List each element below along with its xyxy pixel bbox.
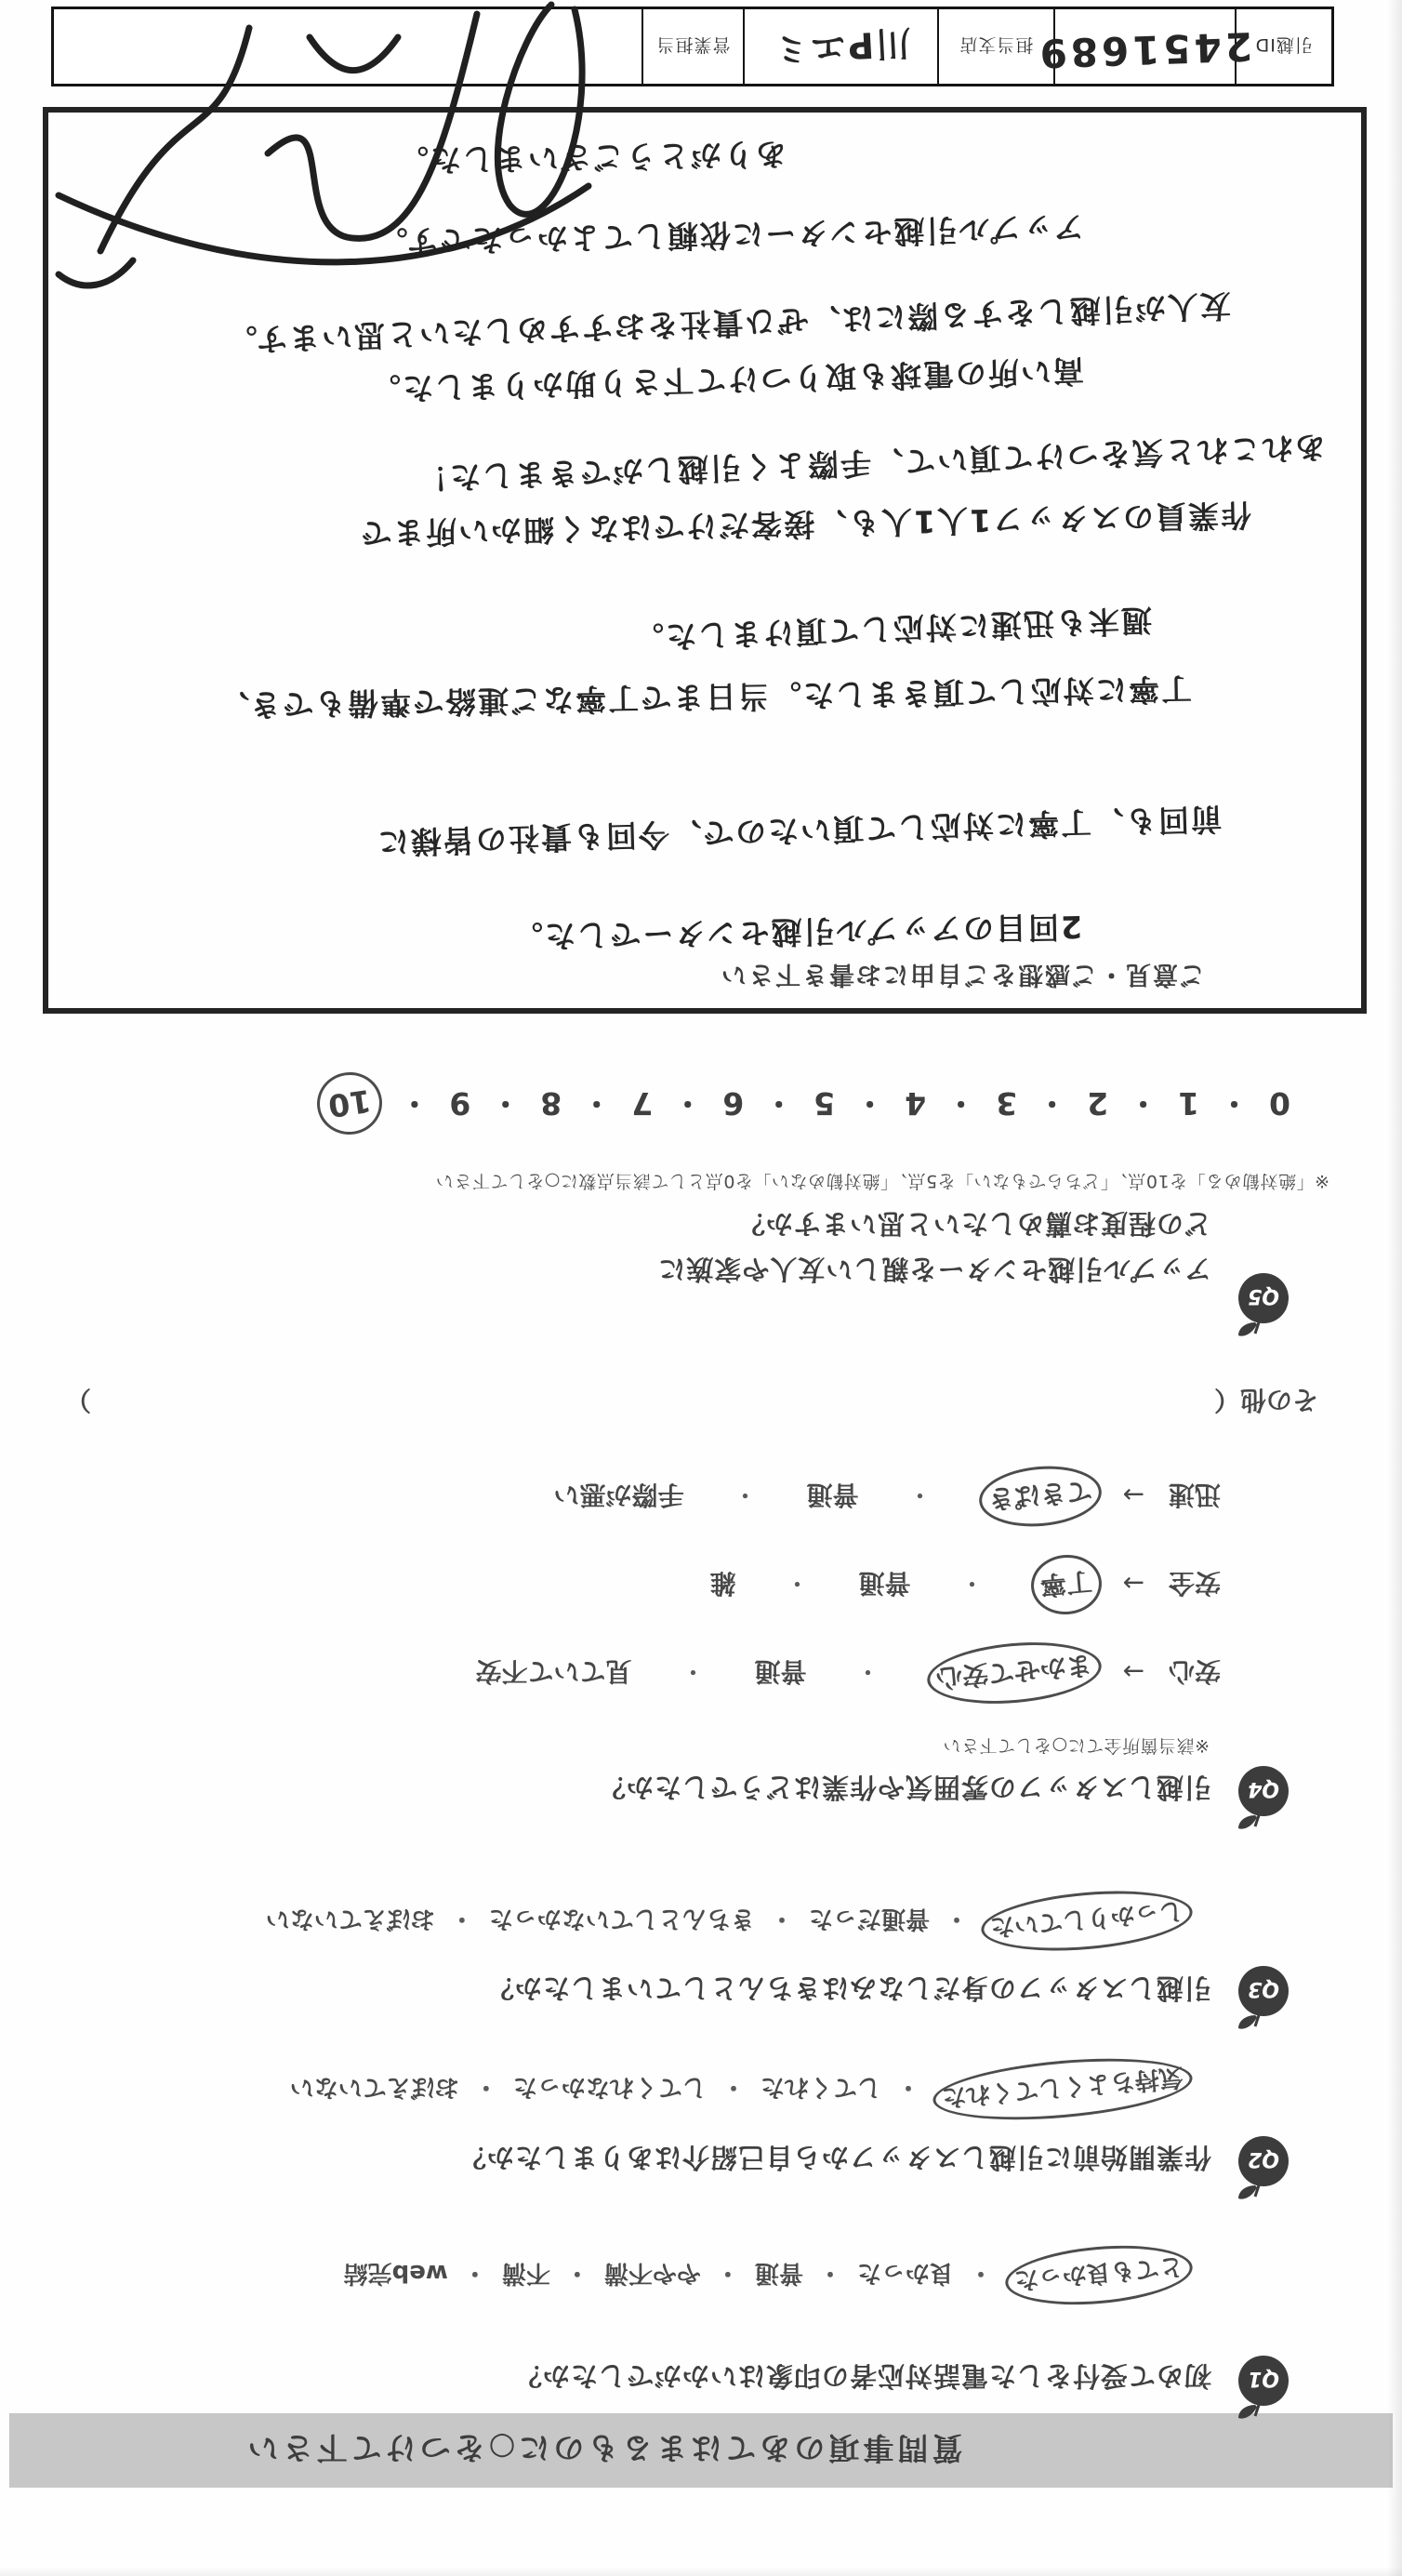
score-separator: ・ xyxy=(399,1085,430,1122)
q1-option: やや不満 xyxy=(604,2259,701,2287)
q4-row-option: まかせて安心 xyxy=(934,1650,1092,1694)
score-separator: ・ xyxy=(490,1085,521,1122)
option-separator: ・ xyxy=(945,1905,969,1932)
q4-row-option: 見ていて不安 xyxy=(475,1656,631,1687)
q4-question: 引越しスタッフの雰囲気や作業はどうでしたか？ xyxy=(598,1770,1211,1808)
q5-score-scale: 0・1・2・3・4・5・6・7・8・9・10 xyxy=(320,1081,1290,1127)
q4-row-option: 雑 xyxy=(709,1568,735,1599)
option-separator: ・ xyxy=(680,1656,706,1687)
q3-badge: Q3 xyxy=(1248,1977,1279,2000)
scan-edge-shadow xyxy=(0,2567,1402,2576)
moving-id-label: 引越ID xyxy=(1255,34,1313,60)
score-8: 8 xyxy=(540,1085,562,1122)
score-separator: ・ xyxy=(1219,1085,1250,1122)
q4-other-close: ） xyxy=(65,1383,91,1420)
handwritten-line: 高い所の電球も取りつけて下さり助かりました。 xyxy=(368,351,1085,413)
option-separator: ・ xyxy=(463,2259,487,2287)
branch-label: 担当支店 xyxy=(959,34,1033,60)
moving-id-handwritten-value: 2451689 xyxy=(1036,24,1253,77)
arrow-glyph: → xyxy=(1123,1480,1144,1510)
score-separator: ・ xyxy=(1037,1085,1067,1122)
q1-badge: Q1 xyxy=(1248,2367,1279,2390)
score-10: 10 xyxy=(326,1082,374,1124)
q1-option: とても良かった xyxy=(1013,2251,1184,2294)
q1-option: 不満 xyxy=(502,2259,550,2287)
option-separator: ・ xyxy=(474,2073,498,2101)
option-separator: ・ xyxy=(565,2259,589,2287)
instruction-banner-text: 質問事項のあてはまるものに○をつけて下さい xyxy=(245,2429,963,2473)
option-separator: ・ xyxy=(906,1480,932,1510)
option-separator: ・ xyxy=(854,1656,880,1687)
q2-option: してくれなかった xyxy=(513,2073,707,2101)
score-separator: ・ xyxy=(581,1085,612,1122)
score-separator: ・ xyxy=(672,1085,703,1122)
handwritten-line: 前回も、丁寧に対応して頂いたので、今回も貴社の皆様に xyxy=(376,799,1222,866)
q5-question-line1: アップル引越センターを親しい友人や家族に xyxy=(657,1252,1211,1290)
score-4: 4 xyxy=(905,1085,926,1122)
q3-option: 普通だった xyxy=(809,1905,930,1932)
score-selected-circle: 10 xyxy=(313,1068,387,1138)
option-separator: ・ xyxy=(818,2259,842,2287)
handwritten-line: 週末も迅速に対応して頂けました。 xyxy=(631,600,1153,662)
handwritten-line: 作業員のスタッフ1人1人も、接客だけではなく細かい所まで xyxy=(359,495,1252,557)
open-paren: （ xyxy=(1214,1385,1240,1415)
q3-question: 引越しスタッフの身だしなみはきちんとしていましたか？ xyxy=(486,1971,1211,2009)
q5-note: ※「絶対勧める」を10点、「どちらでもない」を5点、「絶対勧めない」を0点として… xyxy=(435,1170,1329,1195)
q4-row-option: 丁寧 xyxy=(1038,1566,1093,1601)
handwritten-line: 丁寧に対応して頂きました。当日まで丁寧なご連絡で準備もでき、 xyxy=(217,669,1192,729)
score-separator: ・ xyxy=(1128,1085,1158,1122)
q4-row-label: 安心 xyxy=(1169,1656,1221,1687)
option-separator: ・ xyxy=(770,1905,794,1932)
q4-row-label: 安全 xyxy=(1169,1568,1221,1599)
option-separator: ・ xyxy=(896,2073,920,2101)
scanned-survey-screenshot: 質問事項のあてはまるものに○をつけて下さい Q1 初めて受付をした電話対応者の印… xyxy=(0,0,1402,2576)
q4-row2-selected-circle: てきぱき xyxy=(976,1461,1104,1531)
q2-option: してくれた xyxy=(761,2073,881,2101)
option-separator: ・ xyxy=(969,2259,993,2287)
q1-question: 初めて受付をした電話対応者の印象はいかがでしたか？ xyxy=(514,2358,1211,2397)
option-separator: ・ xyxy=(959,1568,985,1599)
q1-option: 普通 xyxy=(755,2259,803,2287)
q4-badge: Q4 xyxy=(1248,1777,1279,1800)
q3-option: しっかりしていた xyxy=(989,1896,1184,1941)
score-6: 6 xyxy=(722,1085,744,1122)
q2-option-selected-circle: 気持ちよくしてくれた xyxy=(931,2050,1195,2129)
q4-row0-selected-circle: まかせて安心 xyxy=(924,1636,1104,1710)
score-7: 7 xyxy=(631,1085,653,1122)
q5-question-line2: どの程度お薦めしたいと思いますか？ xyxy=(737,1206,1211,1244)
apple-mascot-icon-q2: Q2 xyxy=(1233,2133,1292,2202)
option-separator: ・ xyxy=(721,2073,746,2101)
q4-row-option: 普通 xyxy=(858,1568,910,1599)
sales-rep-label: 営業担当 xyxy=(655,34,730,60)
q2-badge: Q2 xyxy=(1248,2147,1279,2171)
q4-other-label: その他 xyxy=(1240,1385,1318,1415)
q4-row-anzen: 安全→丁寧・普通・雑 xyxy=(709,1563,1221,1606)
q4-row-jinsoku: 迅速→てきぱき・普通・手際が悪い xyxy=(553,1475,1221,1518)
q2-options: 気持ちよくしてくれた・してくれた・してくれなかった・おぼえていない xyxy=(290,2069,1190,2109)
score-1: 1 xyxy=(1178,1085,1199,1122)
q2-option: おぼえていない xyxy=(290,2073,459,2101)
score-2: 2 xyxy=(1087,1085,1108,1122)
score-5: 5 xyxy=(813,1085,835,1122)
q1-option: web完結 xyxy=(344,2259,448,2287)
q4-row-anshin: 安心→まかせて安心・普通・見ていて不安 xyxy=(475,1652,1221,1694)
q4-row-option: てきぱき xyxy=(986,1475,1092,1515)
q3-option-selected-circle: しっかりしていた xyxy=(979,1883,1195,1959)
sales-rep-label-cell: 営業担当 xyxy=(641,9,743,84)
q3-options: しっかりしていた・普通だった・きちんとしていなかった・おぼえていない xyxy=(266,1901,1190,1941)
q4-other-line: その他（ xyxy=(1214,1383,1318,1420)
apple-mascot-icon-q5: Q5 xyxy=(1233,1270,1292,1339)
signature-scribble xyxy=(31,0,616,316)
close-paren: ） xyxy=(65,1385,91,1415)
q5-badge: Q5 xyxy=(1248,1284,1279,1308)
score-3: 3 xyxy=(996,1085,1017,1122)
score-separator: ・ xyxy=(946,1085,976,1122)
score-separator: ・ xyxy=(763,1085,794,1122)
q4-note: ※該当箇所全てに○をして下さい xyxy=(943,1734,1210,1759)
branch-handwritten-value: 川Pエミ xyxy=(771,21,913,80)
survey-sheet-upside-down: 質問事項のあてはまるものに○をつけて下さい Q1 初めて受付をした電話対応者の印… xyxy=(0,0,1402,2576)
q4-row1-selected-circle: 丁寧 xyxy=(1028,1552,1104,1617)
q4-row-option: 普通 xyxy=(806,1480,858,1510)
q1-option-selected-circle: とても良かった xyxy=(1003,2238,1196,2311)
q4-row-option: 普通 xyxy=(754,1656,806,1687)
score-0: 0 xyxy=(1269,1085,1290,1122)
apple-mascot-icon-q3: Q3 xyxy=(1233,1963,1292,2032)
handwritten-line: 2回目のアップル引越センターでした。 xyxy=(510,907,1083,961)
q1-option: 良かった xyxy=(857,2259,954,2287)
arrow-glyph: → xyxy=(1123,1568,1144,1599)
moving-id-value-cell: 2451689 xyxy=(1053,9,1235,84)
q3-option: きちんとしていなかった xyxy=(489,1905,755,1932)
q3-option: おぼえていない xyxy=(266,1905,435,1932)
apple-mascot-icon-q1: Q1 xyxy=(1233,2353,1292,2422)
option-separator: ・ xyxy=(450,1905,474,1932)
q1-options: とても良かった・良かった・普通・やや不満・不満・web完結 xyxy=(344,2255,1190,2295)
q4-row-label: 迅速 xyxy=(1169,1480,1221,1510)
arrow-glyph: → xyxy=(1123,1656,1144,1687)
option-separator: ・ xyxy=(716,2259,740,2287)
score-9: 9 xyxy=(449,1085,470,1122)
option-separator: ・ xyxy=(784,1568,810,1599)
q4-row-option: 手際が悪い xyxy=(553,1480,683,1510)
comment-box-title: ご意見・ご感想をご自由にお書き下さい xyxy=(720,959,1205,995)
scan-edge-shadow xyxy=(1387,0,1402,2576)
instruction-banner: 質問事項のあてはまるものに○をつけて下さい xyxy=(9,2413,1393,2488)
handwritten-line: あれこれと気をつけて頂いて、手際よく引越しができました！ xyxy=(415,427,1326,502)
option-separator: ・ xyxy=(732,1480,758,1510)
score-separator: ・ xyxy=(854,1085,885,1122)
branch-value-cell: 川Pエミ xyxy=(743,9,937,84)
q2-question: 作業開始前に引越しスタッフから自己紹介はありましたか？ xyxy=(458,2140,1211,2178)
q2-option: 気持ちよくしてくれた xyxy=(941,2063,1184,2112)
apple-mascot-icon-q4: Q4 xyxy=(1233,1763,1292,1832)
